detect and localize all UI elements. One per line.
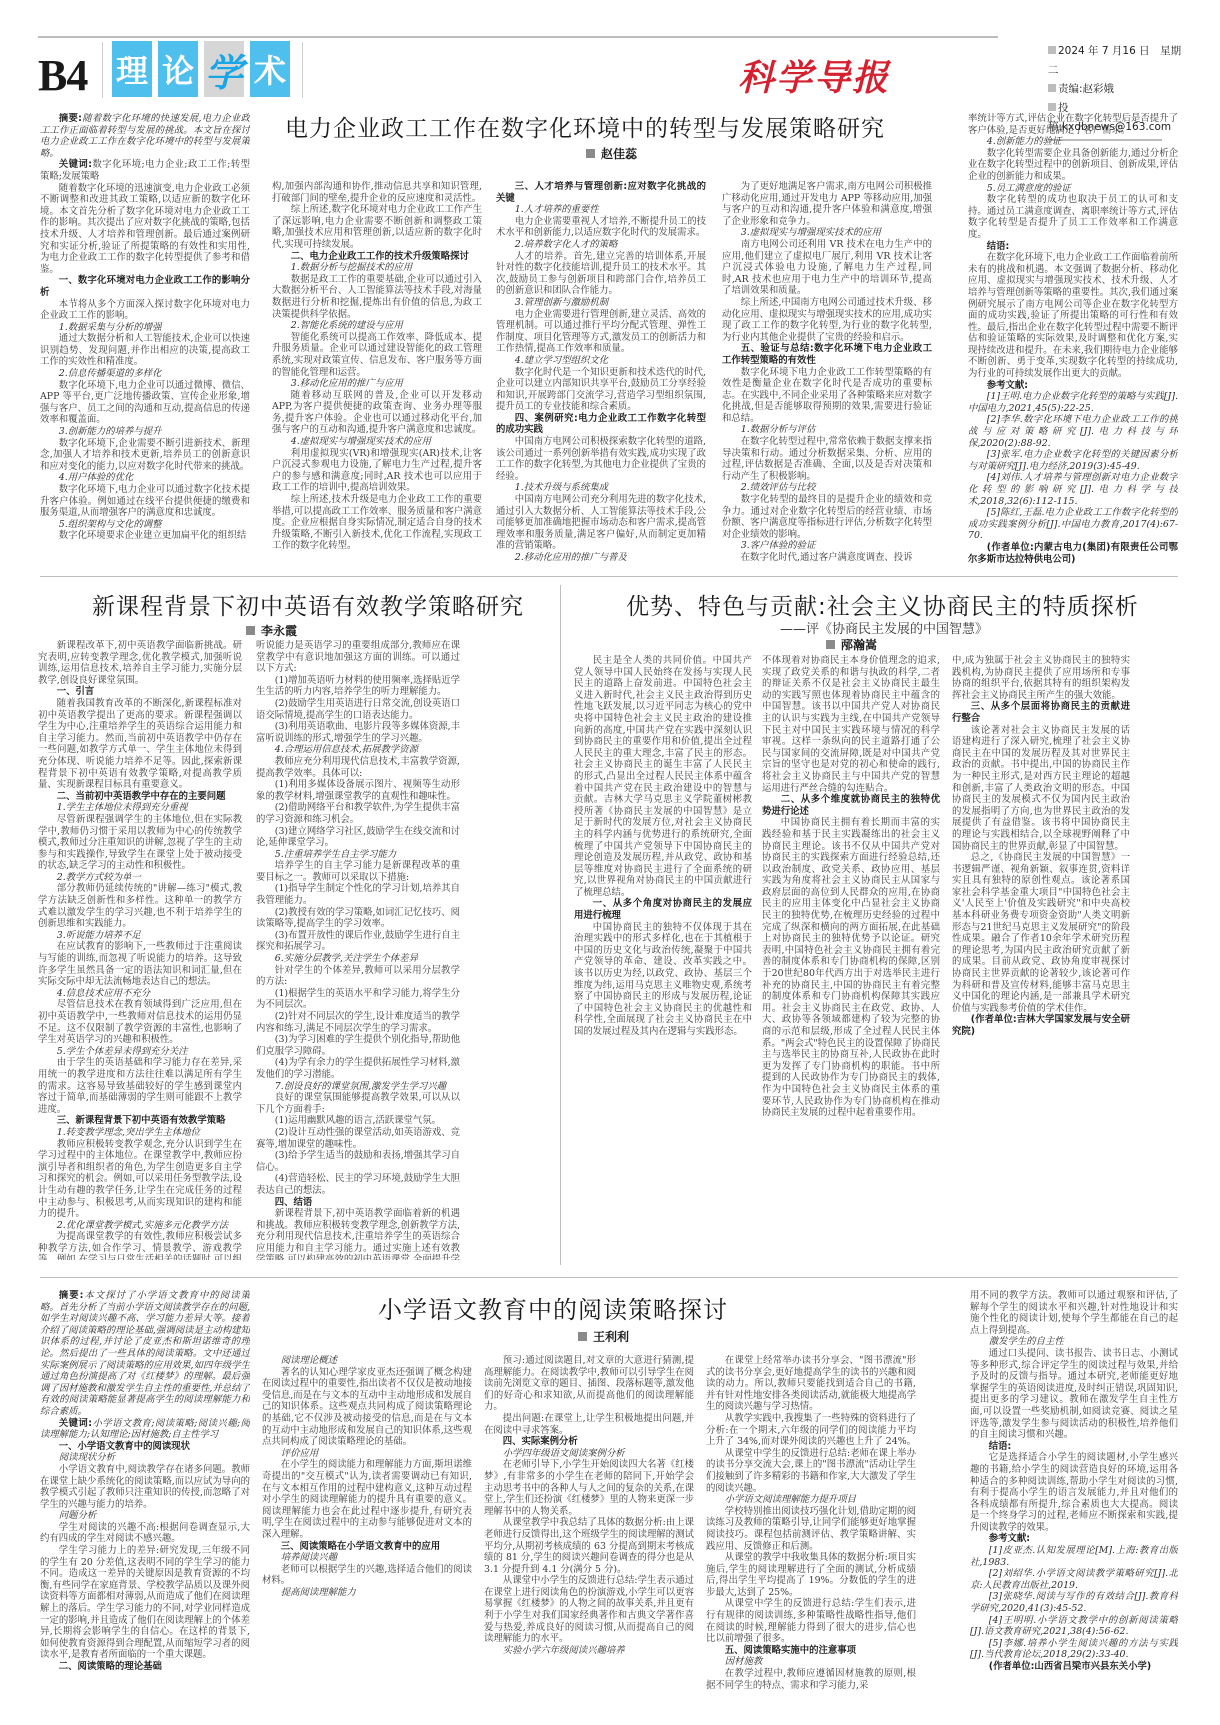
article-title: 优势、特色与贡献:社会主义协商民主的特质探析 (626, 588, 1139, 621)
subheading: 1.转变教学理念,突出学生主体地位 (38, 1127, 242, 1139)
paragraph: 民主是全人类的共同价值。中国共产党人领导中国人民始终在发扬与实现人民民主的道路上… (574, 655, 752, 898)
abstract-text: 本文探讨了小学语文教育中的阅读策略。首先分析了当前小学语文阅读教学存在的问题,如… (40, 1290, 250, 1417)
paragraph: 随着数字化环境的迅速演变,电力企业政工必须不断调整和改进其政工策略,以适应新的数… (40, 183, 250, 276)
subheading: 5.组织架构与文化的调整 (40, 519, 250, 531)
reference-item: [2]刘绍华.小学语文阅读教学策略研究[J].北京:人民教育出版社,2019. (970, 1568, 1178, 1591)
paragraph: 著名的认知心理学家皮亚杰还强调了概念构建在阅读过程中的重要性,指出读者不仅仅是被… (262, 1367, 472, 1448)
list-item: (3)给予学生适当的鼓励和表扬,增强其学习自信心。 (256, 1150, 460, 1173)
subheading: 1.技术升级与系统集成 (496, 482, 706, 494)
paragraph: 由于学生的英语基础和学习能力存在差异,采用统一的教学进度和方法往往难以满足所有学… (38, 1057, 242, 1115)
article-column: 中,成为独属于社会主义协商民主的独特实践机构,为协商民主提供了应用场所和专事协商… (952, 655, 1130, 1260)
list-item: (1)运用幽默风趣的语言,活跃课堂气氛。 (256, 1115, 460, 1127)
section-heading: 一、引言 (38, 686, 242, 698)
section-heading: 二、从多个维度就协商民主的独特优势进行论述 (762, 794, 940, 817)
paragraph: 随着我国教育改革的不断深化,新课程标准对初中英语教学提出了更高的要求。新课程强调… (38, 698, 242, 791)
article-column: 摘要:随着数字化环境的快速发展,电力企业政工工作正面临着转型与发展的挑战。本文旨… (40, 113, 250, 573)
paragraph: 中,成为独属于社会主义协商民主的独特实践机构,为协商民主提供了应用场所和专事协商… (952, 655, 1130, 701)
paragraph: 听说能力是英语学习的重要组成部分,教师应在课堂教学中有意识地加强这方面的训练。可… (256, 640, 460, 675)
reference-item: [5]李娜.培养小学生阅读兴趣的方法与实践[J].当代教育论坛,2018,29(… (970, 1638, 1178, 1661)
subheading: 5.员工满意度的验证 (968, 183, 1178, 195)
subheading: 7.创设良好的课堂氛围,激发学生学习兴趣 (256, 1081, 460, 1093)
paragraph: 中国南方电网公司积极探索数字化转型的道路,该公司通过一系列创新举措有效实践,成功… (496, 436, 706, 482)
abstract-label: 摘要: (59, 113, 82, 124)
paragraph: 数字化环境下电力企业政工工作转型策略的有效性是衡量企业在数字化时代是否成功的重要… (722, 367, 932, 425)
paragraph: 小学语文教育中,阅读教学存在诸多问题。教师在课堂上缺少系统化的阅读策略,而以应试… (40, 1464, 250, 1510)
section-heading: 三、人才培养与管理创新:应对数字化挑战的关键 (496, 181, 706, 204)
keywords-label: 关键词: (59, 1418, 92, 1429)
paragraph: 数字化时代是一个知识更新和技术迭代的时代,企业可以建立内部知识共享平台,鼓励员工… (496, 367, 706, 413)
subheading: 5.学生个体差异未得到充分关注 (38, 1046, 242, 1058)
subheading: 激发学生的自主性 (970, 1336, 1178, 1348)
subheading: 3.客户体验的验证 (722, 540, 932, 552)
paragraph: 数字化环境下,电力企业可以通过数字化技术提升客户体验。例如通过在线平台提供便捷的… (40, 484, 250, 519)
subheading: 2.绩效评估与比较 (722, 482, 932, 494)
paragraph: 在数字化时代,通过客户满意度调查、投诉 (722, 552, 932, 564)
paragraph: 总之,《协商民主发展的中国智慧》一书逻辑严谨、视角新颖、叙事连贯,资料详实且具有… (952, 852, 1130, 1014)
paragraph: 在课堂上经常举办读书分享会、"图书漂流"形式的读书分享会,更好地提高学生的读书的… (706, 1355, 916, 1413)
author-name: 李永霞 (261, 624, 297, 638)
article-column: 不体现着对协商民主本身价值理念的追求,实现了政党关系的和谐与执政的科学,二者的辩… (762, 655, 940, 1260)
subheading: 3.移动化应用的推广与应用 (272, 378, 482, 390)
paragraph: 预习:通过阅读题目,对文章的大意进行猜测,提高理解能力。在阅读教学中,教师可以引… (484, 1355, 694, 1413)
subheading: 小学语文阅读理解能力提升项目 (706, 1494, 916, 1506)
divider (102, 42, 103, 98)
list-item: (4)营造轻松、民主的学习环境,鼓励学生大胆表达自己的想法。 (256, 1173, 460, 1196)
article-column: 为了更好地满足客户需求,南方电网公司积极推广移动化应用,通过开发电力 APP 等… (722, 181, 932, 573)
page-number: B4 (38, 50, 87, 101)
section-title: 理 论 学 术 (112, 41, 290, 97)
byline: 邴瀚嵩 (826, 636, 877, 653)
bullet-square-icon (578, 1332, 587, 1341)
paragraph: 中国南方电网公司充分利用先进的数字化技术,通过引入大数据分析、人工智能算法等技术… (496, 494, 706, 552)
paragraph: 提出问题:在课堂上,让学生积极地提出问题,并在阅读中寻求答案。 (484, 1413, 694, 1436)
paragraph: 中国协商民主拥有着长期而丰富的实践经验和基于民主实践凝练出的社会主义协商民主理论… (762, 817, 940, 1118)
reference-item: [4]王明明.小学语文教学中的创新阅读策略[J].语文教育研究,2021,38(… (970, 1615, 1178, 1638)
paragraph: 新课程背景下,初中英语教学面临着新的机遇和挑战。教师应积极转变教学理念,创新教学… (256, 1208, 460, 1260)
reference-item: [1]王明.电力企业数字化转型的策略与实践[J].中国电力,2021,45(5)… (968, 391, 1178, 414)
bullet-square-icon (1048, 103, 1056, 111)
divider (302, 42, 303, 98)
section-heading: 四、结语 (256, 1197, 460, 1209)
section-heading: 一、数字化环境对电力企业政工工作的影响分析 (40, 275, 250, 298)
section-heading: 二、电力企业政工工作的技术升级策略探讨 (272, 251, 482, 263)
subheading: 4.合理运用信息技术,拓展教学资源 (256, 744, 460, 756)
subheading: 1.数据采集与分析的增强 (40, 322, 250, 334)
list-item: (2)教授有效的学习策略,如词汇记忆技巧、阅读策略等,提高学生的学习效率。 (256, 907, 460, 930)
section-heading: 四、实际案例分析 (484, 1436, 694, 1448)
section-heading: 五、阅读策略实施中的注意事项 (706, 1645, 916, 1657)
paragraph: 教师应充分利用现代信息技术,丰富教学资源,提高教学效率。具体可以: (256, 756, 460, 779)
newspaper-logo: 科学导报 (738, 50, 890, 101)
subheading: 3.创新能力的培养与提升 (40, 426, 250, 438)
subheading: 阅读现状分析 (40, 1452, 250, 1464)
subheading: 因材施教 (706, 1656, 916, 1668)
paragraph: 数字化转型需要企业具备创新能力,通过分析企业在数字化转型过程中的创新项目、创新成… (968, 148, 1178, 183)
paragraph: 教师应积极转变教学观念,充分认识到学生在学习过程中的主体地位。在课堂教学中,教师… (38, 1139, 242, 1220)
section-heading: 结语: (970, 1441, 1178, 1453)
section-char-calligraphy: 学 (204, 41, 244, 97)
paragraph: 在老师引导下,小学生开始阅读四大名著《红楼梦》,有非常多的小学生在老师的陪同下,… (484, 1459, 694, 1517)
paragraph: 在小学生的阅读能力和理解能力方面,斯坦诺维奇提出的"交互模式"认为,读者需要调动… (262, 1459, 472, 1540)
subheading: 1.学生主体地位未得到充分重视 (38, 802, 242, 814)
paragraph: 率统计等方式,评估企业在数字化转型后是否提升了客户体验,是否更好地满足了客户需求… (968, 113, 1178, 136)
article-column: 民主是全人类的共同价值。中国共产党人领导中国人民始终在发扬与实现人民民主的道路上… (574, 655, 752, 1260)
subheading: 4.创新能力的验证 (968, 136, 1178, 148)
paragraph: 为提高课堂教学的有效性,教师应积极尝试多种教学方法,如合作学习、情景教学、游戏教… (38, 1231, 242, 1260)
subheading: 2.优化课堂教学模式,实施多元化教学方法 (38, 1220, 242, 1232)
paragraph: 随着移动互联网的普及,企业可以开发移动 APP,为客户提供便捷的政策查询、业务办… (272, 390, 482, 436)
reference-item: [3]张军.电力企业数字化转型的关键因素分析与对策研究[J].电力经济,2019… (968, 449, 1178, 472)
list-item: (2)借助网络平台和教学软件,为学生提供丰富的学习资源和练习机会。 (256, 802, 460, 825)
section-char: 论 (158, 41, 198, 97)
author-affiliation: (作者单位:内蒙古电力(集团)有限责任公司鄂尔多斯市达拉特供电公司) (968, 542, 1178, 565)
subheading: 3.虚拟现实与增强现实技术的应用 (722, 227, 932, 239)
author-name: 邴瀚嵩 (841, 638, 877, 652)
section-heading: 三、从多个层面将协商民主的贡献进行整合 (952, 701, 1130, 724)
paragraph: 人才的培养。首先,建立完善的培训体系,开展针对性的数字化技能培训,提升员工的技术… (496, 251, 706, 297)
list-item: (1)指导学生制定个性化的学习计划,培养其自我管理能力。 (256, 883, 460, 906)
paragraph: 学生对阅读的兴趣不高:根据问卷调查显示,大约有四成的学生对阅读不感兴趣。 (40, 1522, 250, 1545)
article-column: 预习:通过阅读题目,对文章的大意进行猜测,提高理解能力。在阅读教学中,教师可以引… (484, 1355, 694, 1720)
masthead-rule (38, 36, 998, 38)
paragraph: 在应试教育的影响下,一些教师过于注重阅读与写能的训练,而忽视了听说能力的培养。这… (38, 941, 242, 987)
subheading: 4.虚拟现实与增强现实技术的应用 (272, 436, 482, 448)
reference-item: [5]陈红,王磊.电力企业政工工作数字化转型的成功实践案例分析[J].中国电力教… (968, 507, 1178, 542)
bullet-square-icon (1048, 84, 1056, 92)
list-item: (1)根据学生的英语水平和学习能力,将学生分为不同层次。 (256, 988, 460, 1011)
subheading: 小学四年级语文阅读案例分析 (484, 1448, 694, 1460)
list-item: (4)为学有余力的学生提供拓展性学习材料,激发他们的学习潜能。 (256, 1057, 460, 1080)
reference-item: [3]张晓华.阅读与写作的有效结合[J].教育科学研究,2020,41(3):4… (970, 1591, 1178, 1614)
list-item: (2)设计互动性强的课堂活动,如英语游戏、竞赛等,增加课堂的趣味性。 (256, 1127, 460, 1150)
paragraph: 该论著对社会主义协商民主发展的话语建构进行了深入研究,梳理了社会主义协商民主在中… (952, 725, 1130, 853)
issue-date: 2024 年 7 月16 日 星期二 (1048, 45, 1181, 76)
column-divider (560, 585, 561, 1265)
list-item: (3)为学习困难的学生提供个别化指导,帮助他们克服学习障碍。 (256, 1034, 460, 1057)
subheading: 4.建立学习型组织文化 (496, 355, 706, 367)
bullet-square-icon (246, 626, 255, 635)
article-title: 新课程背景下初中英语有效教学策略研究 (92, 588, 524, 621)
subheading: 2.信息传播渠道的多样化 (40, 368, 250, 380)
subheading: 评价应用 (262, 1448, 472, 1460)
article-title: 小学语文教育中的阅读策略探讨 (378, 1290, 728, 1325)
paragraph: 尽管新课程强调学生的主体地位,但在实际教学中,教师仍习惯于采用以教师为中心的传统… (38, 814, 242, 872)
subheading: 1.数据分析与挖掘技术的应用 (272, 262, 482, 274)
article-column: 摘要:本文探讨了小学语文教育中的阅读策略。首先分析了当前小学语文阅读教学存在的问… (40, 1290, 250, 1720)
reference-item: [4]刘伟.人才培养与管理创新对电力企业数字化转型的影响研究[J].电力科学与技… (968, 472, 1178, 507)
section-divider (40, 1277, 1178, 1278)
paragraph: 为了更好地满足客户需求,南方电网公司积极推广移动化应用,通过开发电力 APP 等… (722, 181, 932, 227)
paragraph: 数字化环境下,企业需要不断引进新技术、新理念,加强人才培养和技术更新,培养员工的… (40, 438, 250, 473)
subheading: 2.移动化应用的推广与普及 (496, 552, 706, 564)
editor: 责编:赵彩娥 (1058, 83, 1114, 95)
paragraph: 从教学实践中,我搜集了一些特殊的资料进行了分析:在一个期末,六年级的同学们的阅读… (706, 1413, 916, 1448)
article-column: 阅读理论概述 著名的认知心理学家皮亚杰还强调了概念构建在阅读过程中的重要性,指出… (262, 1355, 472, 1720)
section-heading: 一、小学语文教育中的阅读现状 (40, 1441, 250, 1453)
byline: 李永霞 (246, 622, 297, 639)
author-name: 王利利 (593, 1330, 629, 1344)
paragraph: 从课堂中学生的反馈进行总结:老师在课上举办的读书分享交流大会,课上的"图书漂流"… (706, 1448, 916, 1494)
keywords-label: 关键词: (59, 159, 92, 170)
paragraph: 数字化转型的最终目的是提升企业的绩效和竞争力。通过对企业数字化转型后的经营业绩、… (722, 494, 932, 540)
article-column: 新课程改革下,初中英语教学面临新挑战。研究表明,应转变教学理念,优化教学模式,加… (38, 640, 242, 1260)
references-heading: 参考文献: (970, 1533, 1178, 1545)
subheading: 2.培养数字化人才的策略 (496, 239, 706, 251)
article-title: 电力企业政工工作在数字化环境中的转型与发展策略研究 (285, 110, 885, 143)
subheading: 阅读理论概述 (262, 1355, 472, 1367)
paragraph: 数据是政工工作的重要基础,企业可以通过引入大数据分析平台、人工智能算法等技术手段… (272, 274, 482, 320)
paragraph: 通过口头提问、读书报告、读书日志、小测试等多种形式,综合评定学生的阅读过程与效果… (970, 1348, 1178, 1441)
paragraph: 中国协商民主的独特不仅体现于其在治理实践中的形式多样化,也在于其植根于中国的历史… (574, 922, 752, 1038)
paragraph: 新课程改革下,初中英语教学面临新挑战。研究表明,应转变教学理念,优化教学模式,加… (38, 640, 242, 686)
paragraph: 从课堂教学中我总结了具体的数据分析:由上课老师进行反馈得出,这个班级学生的阅读理… (484, 1517, 694, 1575)
paragraph: 培养学生的自主学习能力是新课程改革的重要目标之一。教师可以采取以下措施: (256, 860, 460, 883)
subheading: 4.信息技术应用不充分 (38, 988, 242, 1000)
paragraph: 数字化环境下,电力企业可以通过微博、微信、APP 等平台,更广泛地传播政策、宣传… (40, 380, 250, 426)
subheading: 问题分析 (40, 1510, 250, 1522)
paragraph: 在数字化转型过程中,常常依赖于数据支撑来指导决策和行动。通过分析数据采集、分析、… (722, 436, 932, 482)
bullet-square-icon (1048, 46, 1056, 54)
subheading: 培养阅读兴趣 (262, 1552, 472, 1564)
paragraph: 综上所述,数字化环境对电力企业政工工作产生了深远影响,电力企业需要不断创新和调整… (272, 204, 482, 250)
paragraph: 数字化转型的成功也取决于员工的认可和支持。通过员工满意度调查、离职率统计等方式,… (968, 194, 1178, 240)
paragraph: 在教学过程中,教师应遵循因材施教的原则,根据不同学生的特点、需求和学习能力,采 (706, 1668, 916, 1691)
list-item: (1)利用多媒体设备展示图片、视频等生动形象的教学材料,增强课堂教学的直观性和趣… (256, 779, 460, 802)
section-char: 术 (250, 41, 290, 97)
article-column: 率统计等方式,评估企业在数字化转型后是否提升了客户体验,是否更好地满足了客户需求… (968, 113, 1178, 573)
article-column: 用不同的教学方法。教师可以通过观察和评估,了解每个学生的阅读水平和兴趣,针对性地… (970, 1290, 1178, 1720)
paragraph: 良好的课堂氛围能够提高教学效果,可以从以下几个方面着手: (256, 1092, 460, 1115)
byline: 王利利 (578, 1328, 629, 1345)
paragraph: 它是选择适合小学生的阅读题材,小学生感兴趣的书籍,给小学生的阅读营造良好的环境,… (970, 1452, 1178, 1533)
masthead: B4 理 论 学 术 科学导报 2024 年 7 月16 日 星期二 责编:赵彩… (38, 36, 1188, 106)
paragraph: 构,加强内部沟通和协作,推动信息共享和知识管理,打破部门间的壁垒,提升企业的反应… (272, 181, 482, 204)
section-heading: 三、新课程背景下初中英语有效教学策略 (38, 1115, 242, 1127)
paragraph: 在数字化环境下,电力企业政工工作面临着前所未有的挑战和机遇。本文强调了数据分析、… (968, 252, 1178, 380)
paragraph: 从课堂中小学生的反馈进行总结:学生表示通过在课堂上进行阅读角色的扮演游戏,小学生… (484, 1575, 694, 1645)
paragraph: 电力企业需要进行管理创新,建立灵活、高效的管理机制。可以通过推行平均分配式管理、… (496, 309, 706, 355)
subheading: 提高阅读理解能力 (262, 1587, 472, 1599)
paragraph: 智能化系统可以提高工作效率、降低成本、提升服务质量。企业可以通过建设智能化的政工… (272, 332, 482, 378)
section-heading: 三、阅读策略在小学语文教育中的应用 (262, 1541, 472, 1553)
paragraph: 利用虚拟现实(VR)和增强现实(AR)技术,让客户沉浸式参观电力设施,了解电力生… (272, 448, 482, 494)
paragraph: 通过大数据分析和人工智能技术,企业可以快速识别趋势、发现问题,并作出相应的决策,… (40, 333, 250, 368)
bullet-square-icon (586, 149, 595, 158)
subheading: 1.数据分析与评估 (722, 424, 932, 436)
section-heading: 四、案例研究:电力企业政工工作数字化转型的成功实践 (496, 413, 706, 436)
paragraph: 从课堂的教学中我收集具体的数据分析:项目实施后,学生的阅读理解进行了全面的测试,… (706, 1552, 916, 1598)
subheading: 5.注重培养学生自主学习能力 (256, 849, 460, 861)
article-subtitle: ——评《协商民主发展的中国智慧》 (780, 618, 988, 637)
subheading: 2.智能化系统的建设与应用 (272, 320, 482, 332)
paragraph: 电力企业需要重视人才培养,不断提升员工的技术水平和创新能力,以适应数字化时代的发… (496, 216, 706, 239)
subheading: 2.教学方式较为单一 (38, 872, 242, 884)
section-heading: 五、验证与总结:数字化环境下电力企业政工工作转型策略的有效性 (722, 343, 932, 366)
section-heading: 结语: (968, 241, 1178, 253)
paragraph: 用不同的教学方法。教师可以通过观察和评估,了解每个学生的阅读水平和兴趣,针对性地… (970, 1290, 1178, 1336)
paragraph: 南方电网公司还利用 VR 技术在电力生产中的应用,他们建立了虚拟电厂展厅,利用 … (722, 239, 932, 297)
author-affiliation: (作者单位:山西省吕梁市兴县东关小学) (970, 1661, 1178, 1673)
paragraph: 综上所述,中国南方电网公司通过技术升级、移动化应用、虚拟现实与增强现实技术的应用… (722, 297, 932, 343)
article-column: 在课堂上经常举办读书分享会、"图书漂流"形式的读书分享会,更好地提高学生的读书的… (706, 1355, 916, 1720)
paragraph: 尽管信息技术在教育领域得到广泛应用,但在初中英语教学中,一些教师对信息技术的运用… (38, 999, 242, 1045)
list-item: (2)鼓励学生用英语进行日常交流,创设英语口语交际情境,提高学生的口语表达能力。 (256, 698, 460, 721)
author-name: 赵佳蕊 (601, 147, 637, 161)
author-affiliation: (作者单位:吉林大学国家发展与安全研究院) (952, 1014, 1130, 1037)
subheading: 3.听说能力培养不足 (38, 930, 242, 942)
paragraph: 综上所述,技术升级是电力企业政工工作的重要举措,可以提高政工工作效率、服务质量和… (272, 494, 482, 552)
section-heading: 二、阅读策略的理论基础 (40, 1661, 250, 1673)
paragraph: 学校特别推出阅读技巧强化计划,借助定期的阅读练习及教师的策略引导,让同学们能够更… (706, 1506, 916, 1552)
subheading: 4.用户体验的优化 (40, 472, 250, 484)
list-item: (3)建立网络学习社区,鼓励学生在线交流和讨论,延伸课堂学习。 (256, 826, 460, 849)
list-item: (1)增加英语听力材料的使用频率,选择贴近学生生活的听力内容,培养学生的听力理解… (256, 675, 460, 698)
references-heading: 参考文献: (968, 380, 1178, 392)
list-item: (3)布置开放性的课后作业,鼓励学生进行自主探究和拓展学习。 (256, 930, 460, 953)
article-column: 三、人才培养与管理创新:应对数字化挑战的关键 1.人才培养的重要性 电力企业需要… (496, 181, 706, 573)
abstract-label: 摘要: (59, 1290, 84, 1301)
paragraph: 数字化环境要求企业建立更加扁平化的组织结 (40, 530, 250, 542)
byline: 赵佳蕊 (586, 145, 637, 162)
paragraph: 学生学习能力上的差异:研究发现,三年级不同的学生有 20 分差值,这表明不同的学… (40, 1545, 250, 1661)
paragraph: 从课堂中学生的反馈进行总结:学生们表示,进行有规律的阅读训练,多种策略性战略性指… (706, 1598, 916, 1644)
list-item: (2)针对不同层次的学生,设计难度适当的教学内容和练习,满足不同层次学生的学习需… (256, 1011, 460, 1034)
paragraph: 针对学生的个体差异,教师可以采用分层教学的方法: (256, 965, 460, 988)
section-divider (40, 576, 1178, 577)
section-heading: 二、当前初中英语教学中存在的主要问题 (38, 791, 242, 803)
list-item: (3)利用英语歌曲、电影片段等多媒体资源,丰富听说训练的形式,增强学生的学习兴趣… (256, 721, 460, 744)
subheading: 3.管理创新与激励机制 (496, 297, 706, 309)
reference-item: [2]李华.数字化环境下电力企业政工工作的挑战与应对策略研究[J].电力科技与环… (968, 414, 1178, 449)
subheading: 6.实施分层教学,关注学生个体差异 (256, 953, 460, 965)
paragraph: 不体现着对协商民主本身价值理念的追求,实现了政党关系的和谐与执政的科学,二者的辩… (762, 655, 940, 794)
paragraph: 老师可以根据学生的兴趣,选择适合他们的阅读材料。 (262, 1564, 472, 1587)
paragraph: 本节将从多个方面深入探讨数字化环境对电力企业政工工作的影响。 (40, 299, 250, 322)
paragraph: 部分教师仍延续传统的"讲解—练习"模式,教学方法缺乏创新性和多样性。这种单一的教… (38, 883, 242, 929)
section-char: 理 (112, 41, 152, 97)
bullet-square-icon (826, 640, 835, 649)
subheading: 实验小学六年级阅读兴趣培养 (484, 1645, 694, 1657)
article-column: 听说能力是英语学习的重要组成部分,教师应在课堂教学中有意识地加强这方面的训练。可… (256, 640, 460, 1260)
article-column: 构,加强内部沟通和协作,推动信息共享和知识管理,打破部门间的壁垒,提升企业的反应… (272, 181, 482, 573)
subheading: 1.人才培养的重要性 (496, 204, 706, 216)
section-heading: 一、从多个角度对协商民主的发展应用进行梳理 (574, 898, 752, 921)
reference-item: [1]皮亚杰.认知发展理论[M].上海:教育出版社,1983. (970, 1545, 1178, 1568)
